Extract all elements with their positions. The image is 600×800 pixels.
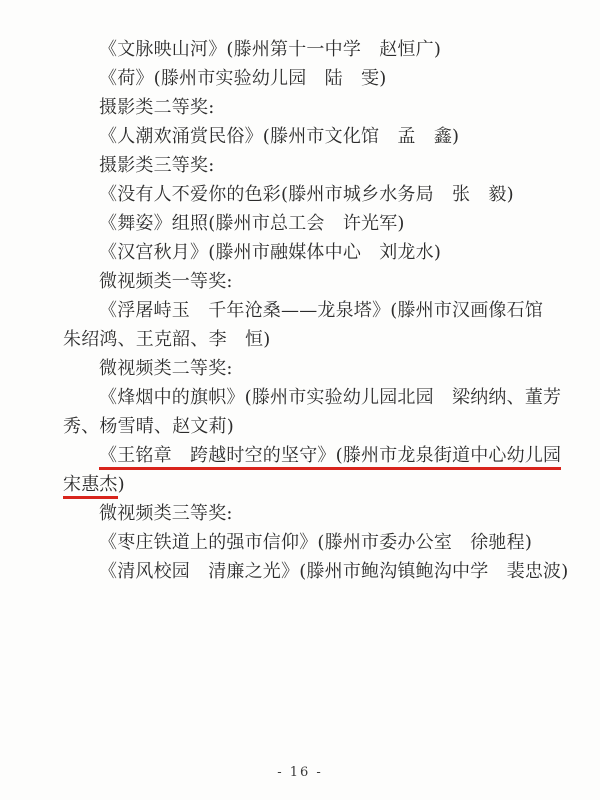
award-list: 《文脉映山河》(滕州第十一中学 赵恒广) 《荷》(滕州市实验幼儿园 陆 雯) 摄… [63, 35, 573, 586]
award-entry: 《浮屠峙玉 千年沧桑——龙泉塔》(滕州市汉画像石馆 [63, 296, 573, 325]
award-entry: 《荷》(滕州市实验幼儿园 陆 雯) [63, 64, 573, 93]
scanned-document-page: 《文脉映山河》(滕州第十一中学 赵恒广) 《荷》(滕州市实验幼儿园 陆 雯) 摄… [0, 0, 600, 800]
category-heading: 摄影类三等奖: [63, 151, 573, 180]
category-heading: 微视频类二等奖: [63, 354, 573, 383]
award-entry: 《舞姿》组照(滕州市总工会 许光军) [63, 209, 573, 238]
page-number: - 16 - [0, 765, 600, 780]
category-heading: 摄影类二等奖: [63, 93, 573, 122]
award-entry-continuation: 朱绍鸿、王克韶、李 恒) [63, 325, 573, 354]
red-underlined-text: 宋惠杰 [63, 474, 118, 499]
category-heading: 微视频类一等奖: [63, 267, 573, 296]
award-entry: 《文脉映山河》(滕州第十一中学 赵恒广) [63, 35, 573, 64]
award-entry: 《没有人不爱你的色彩(滕州市城乡水务局 张 毅) [63, 180, 573, 209]
award-entry-continuation: 秀、杨雪晴、赵文莉) [63, 412, 573, 441]
entry-text: ) [118, 474, 125, 495]
award-entry: 《清风校园 清廉之光》(滕州市鲍沟镇鲍沟中学 裴忠波) [63, 557, 573, 586]
award-entry: 《枣庄铁道上的强市信仰》(滕州市委办公室 徐驰程) [63, 528, 573, 557]
award-entry-highlighted: 《王铭章 跨越时空的坚守》(滕州市龙泉街道中心幼儿园 [63, 441, 573, 470]
category-heading: 微视频类三等奖: [63, 499, 573, 528]
award-entry: 《汉宫秋月》(滕州市融媒体中心 刘龙水) [63, 238, 573, 267]
award-entry-highlighted-continuation: 宋惠杰) [63, 470, 573, 499]
red-underlined-text: 《王铭章 跨越时空的坚守》(滕州市龙泉街道中心幼儿园 [99, 445, 561, 470]
award-entry: 《人潮欢涌赏民俗》(滕州市文化馆 孟 鑫) [63, 122, 573, 151]
award-entry: 《烽烟中的旗帜》(滕州市实验幼儿园北园 梁纳纳、董芳 [63, 383, 573, 412]
